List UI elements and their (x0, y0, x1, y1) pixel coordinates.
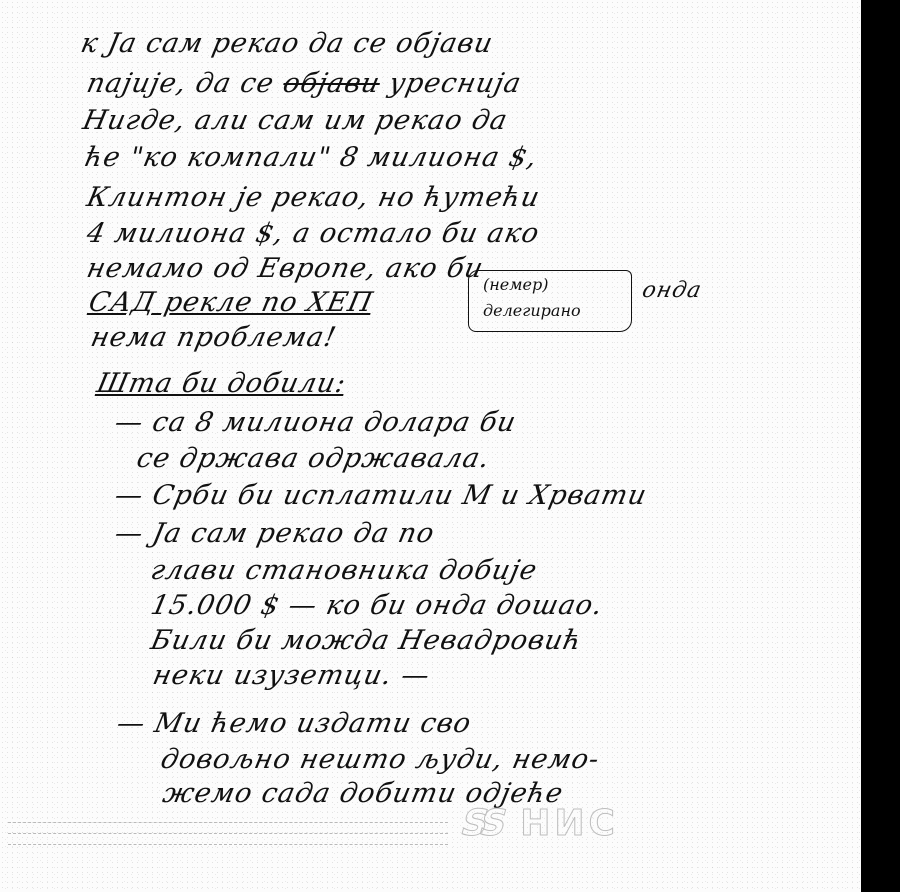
boxed-annotation-line-2: делегирано (483, 301, 581, 320)
note-line-4: ће "ко компали" 8 милиона $, (82, 142, 540, 173)
bullet-line-3: — Ја сам рекао да по (112, 518, 438, 549)
note-line-9: нема проблема! (88, 322, 339, 353)
logo-swoosh-icon: SS (457, 803, 506, 844)
bullet-line-4-cont-1: довољно нешто људи, немо- (158, 744, 603, 775)
scanned-page: к Ја сам рекао да се објави пајије, да с… (0, 0, 863, 892)
note-line-5: Клинтон је рекао, но ћутећи (84, 182, 543, 213)
bullet-line-3-cont-2: 15.000 $ — ко би онда дошао. (148, 590, 606, 621)
note-line-2-end: уреснија (386, 68, 524, 99)
note-line-2-start: пајије, да се (84, 68, 277, 99)
note-line-7: немамо од Европе, ако би (84, 253, 486, 284)
logo-text: НИС (520, 803, 619, 844)
note-line-1: к Ја сам рекао да се објави (78, 28, 496, 59)
letterhead-logo: SS НИС (462, 803, 619, 843)
boxed-annotation-line-1: (немер) (483, 275, 548, 294)
section-heading: Шта би добили: (94, 368, 349, 399)
scan-black-border (861, 0, 900, 892)
note-line-2: пајије, да се објави уреснија (84, 68, 524, 99)
bullet-line-3-cont-1: глави становника добије (148, 555, 540, 586)
note-line-3: Нигде, али сам им рекао да (80, 105, 511, 136)
bullet-line-2: — Срби би исплатили М и Хрвати (112, 480, 650, 511)
struck-out-word: објави (280, 68, 383, 99)
bullet-line-1-cont: се држава одржавала. (134, 443, 493, 474)
boxed-annotation: (немер) делегирано (468, 270, 632, 332)
bullet-line-3-cont-3: Били би можда Невадровић (148, 625, 585, 656)
letterhead-rule-lines (8, 822, 448, 855)
bullet-line-4: — Ми ћемо издати сво (114, 708, 474, 739)
bullet-line-3-cont-4: неки изузетци. — (150, 660, 433, 691)
bullet-line-1: — са 8 милиона долара би (112, 407, 519, 438)
after-box-word: онда (640, 278, 704, 303)
note-line-8: САД рекле по ХЕП (86, 287, 376, 318)
note-line-6: 4 милиона $, а остало би ако (84, 218, 542, 249)
